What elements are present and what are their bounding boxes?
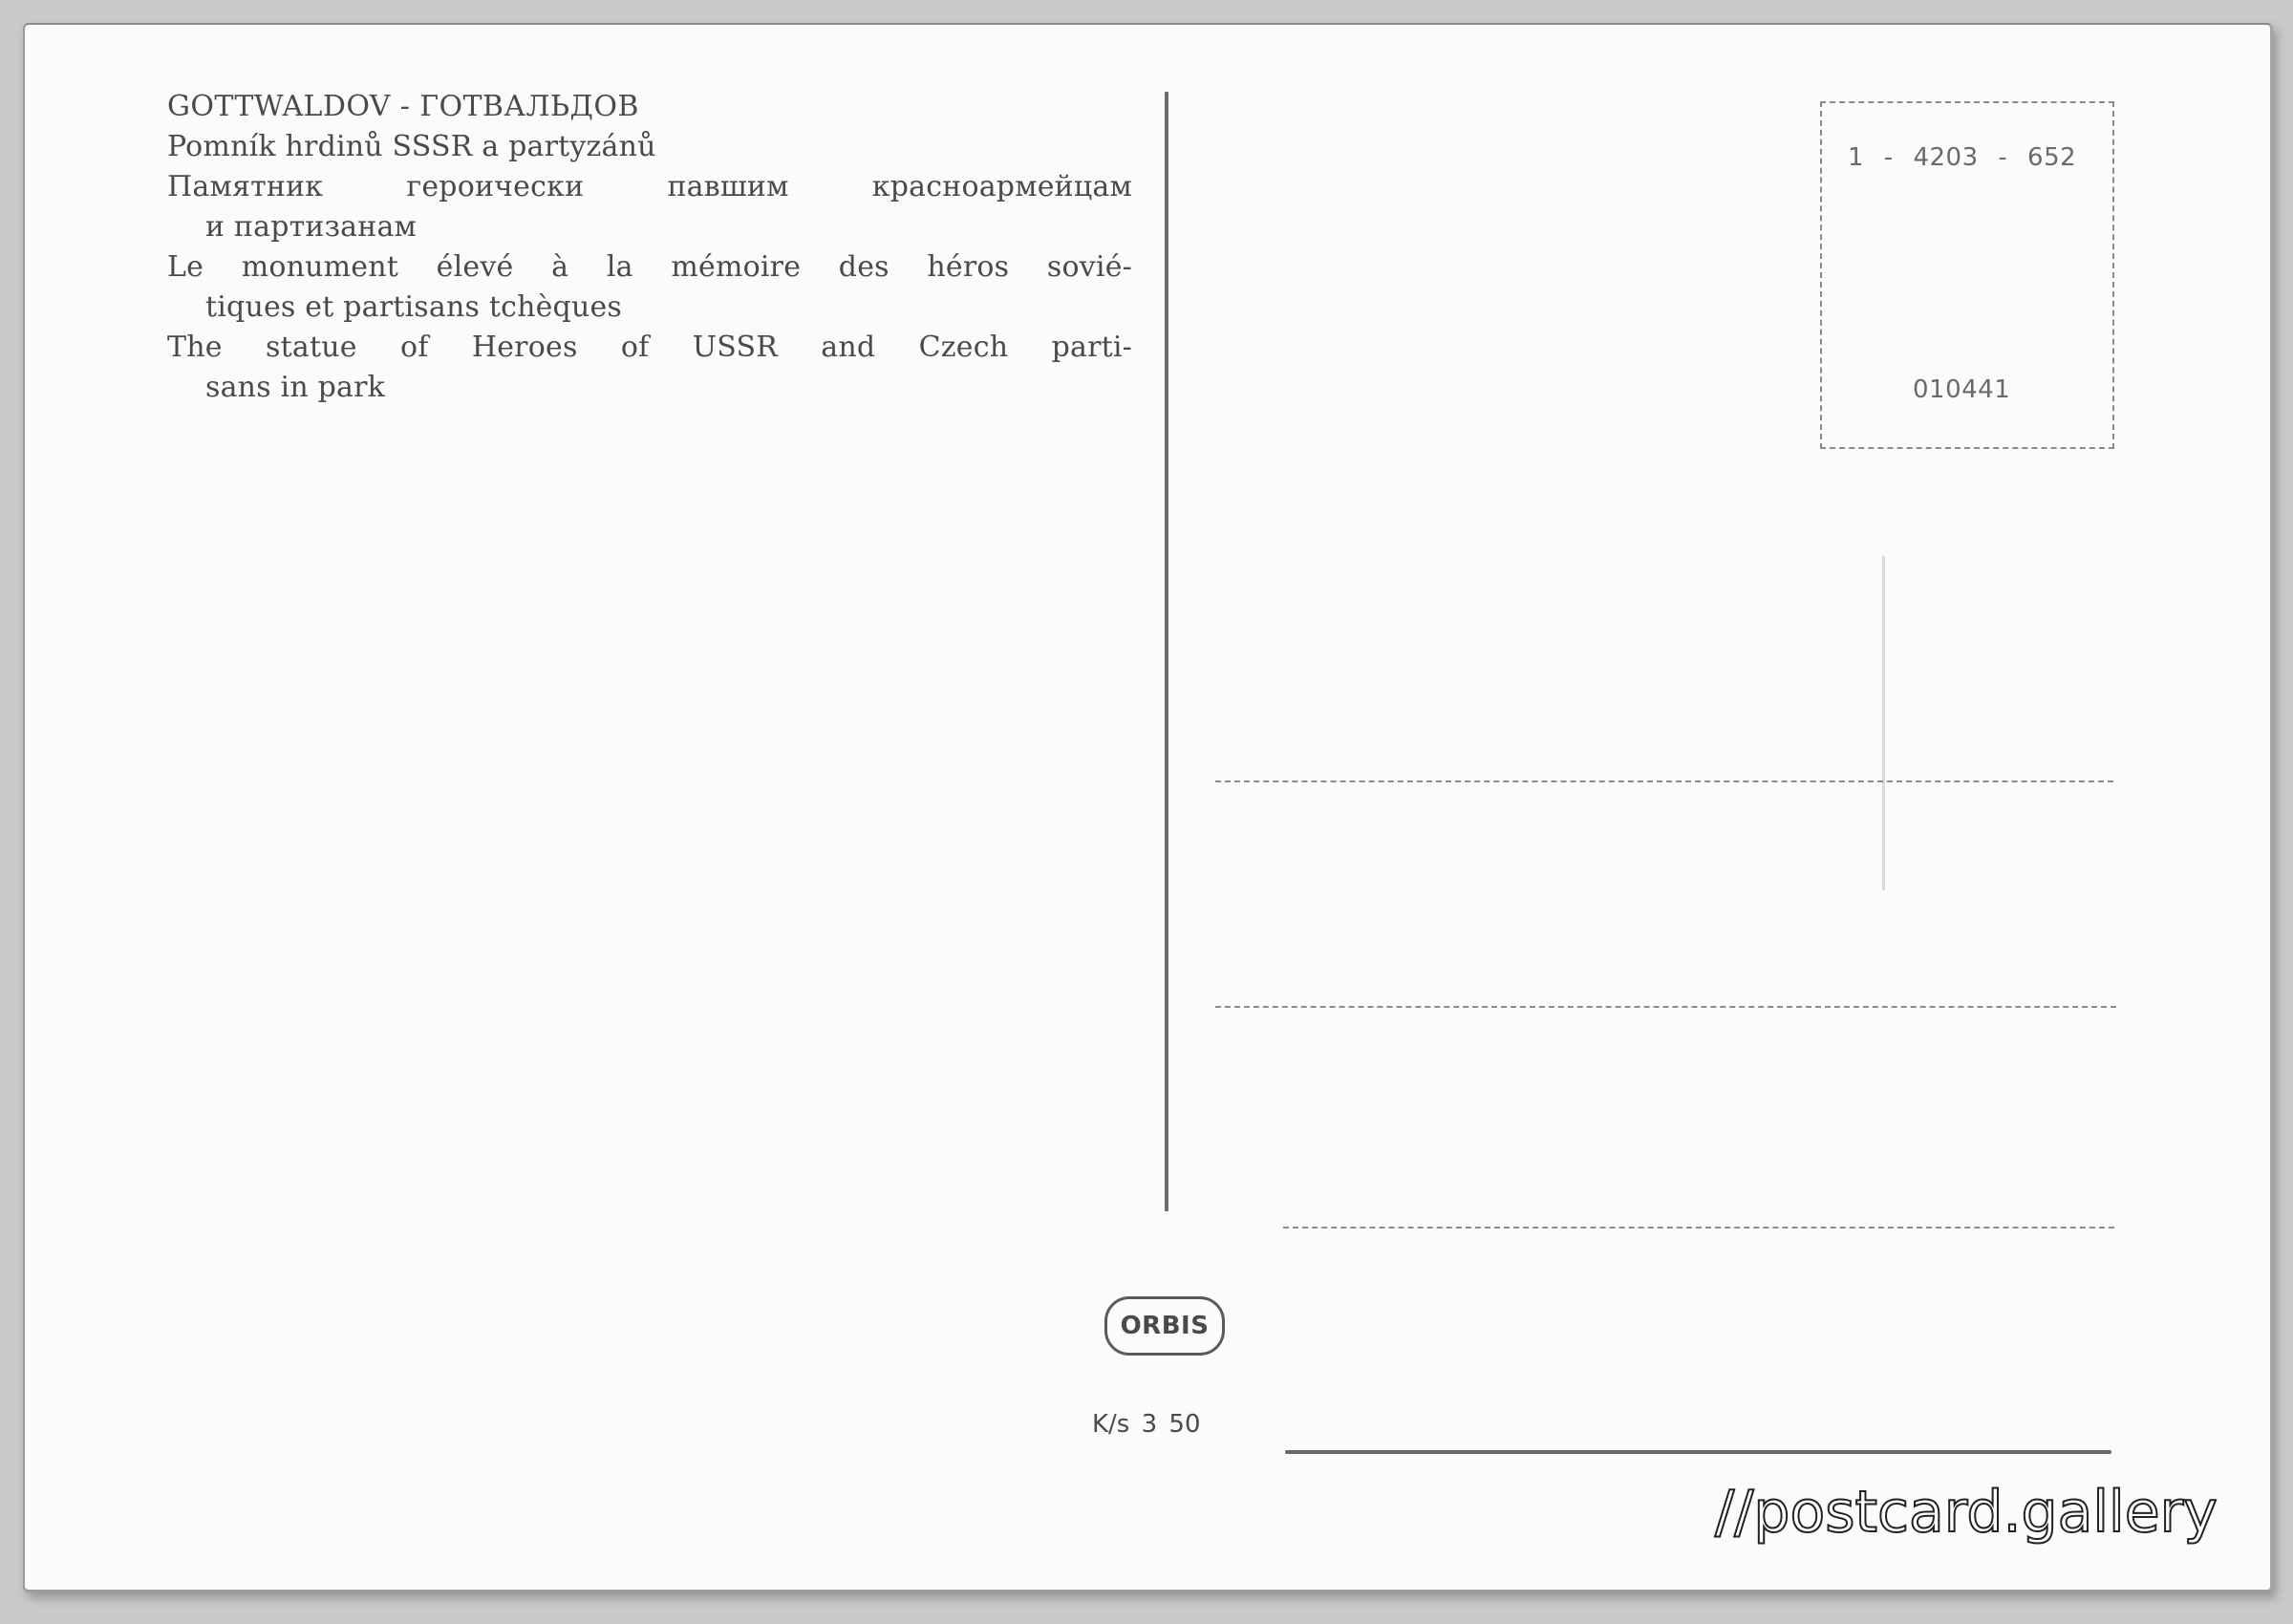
stamp-code: 1 - 4203 - 652 — [1848, 143, 2076, 172]
address-line-3 — [1283, 1227, 2114, 1229]
caption-english-line2: sans in park — [167, 368, 1132, 408]
stamp-number: 010441 — [1913, 375, 2010, 404]
caption-title: GOTTWALDOV - ГОТВАЛЬДОВ — [167, 87, 1132, 127]
print-code: K/s 3 50 — [1092, 1410, 1201, 1439]
caption-french-line2: tiques et partisans tchèques — [167, 288, 1132, 328]
address-line-2 — [1215, 1006, 2116, 1008]
paper-crease — [1882, 556, 1885, 890]
center-divider — [1165, 92, 1168, 1211]
caption-english-line1: The statue of Heroes of USSR and Czech p… — [167, 328, 1132, 368]
caption-russian-line2: и партизанам — [167, 207, 1132, 247]
address-line-4 — [1285, 1450, 2111, 1454]
caption-czech: Pomník hrdinů SSSR a partyzánů — [167, 127, 1132, 167]
caption-french-line1: Le monument élevé à la mémoire des héros… — [167, 247, 1132, 288]
orbis-logo-text: ORBIS — [1121, 1312, 1210, 1340]
address-line-1 — [1215, 780, 2113, 782]
watermark: //postcard.gallery — [1715, 1479, 2218, 1546]
caption-russian-line1: Памятник героически павшим красноармейца… — [167, 167, 1132, 207]
caption-block: GOTTWALDOV - ГОТВАЛЬДОВ Pomník hrdinů SS… — [167, 87, 1132, 408]
orbis-logo: ORBIS — [1104, 1296, 1225, 1356]
